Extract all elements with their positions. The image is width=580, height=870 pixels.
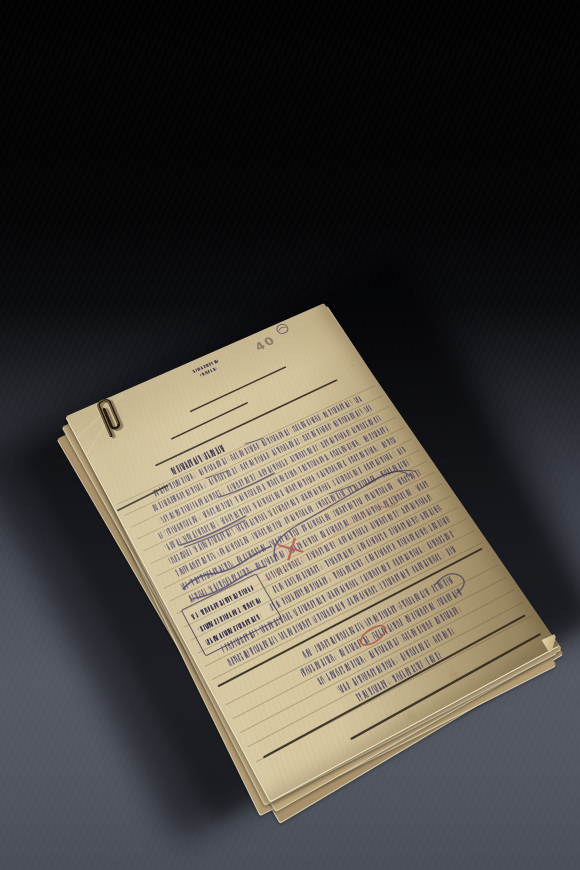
heavy-rule xyxy=(190,367,286,411)
ink-mark xyxy=(206,469,228,481)
ink-mark xyxy=(185,519,245,549)
ink-mark xyxy=(275,323,290,335)
heavy-rule xyxy=(155,380,338,465)
heavy-rule xyxy=(117,486,168,511)
ink-mark xyxy=(245,436,263,446)
ink-mark xyxy=(380,499,398,511)
ink-mark xyxy=(219,472,274,499)
ink-mark xyxy=(278,326,285,330)
heavy-rule xyxy=(171,403,248,439)
ink-mark xyxy=(365,463,415,493)
ink-mark xyxy=(357,622,389,649)
ink-mark xyxy=(180,514,246,547)
ink-mark xyxy=(280,539,302,560)
scene: 40 xyxy=(0,0,580,870)
ink-mark xyxy=(434,570,469,599)
